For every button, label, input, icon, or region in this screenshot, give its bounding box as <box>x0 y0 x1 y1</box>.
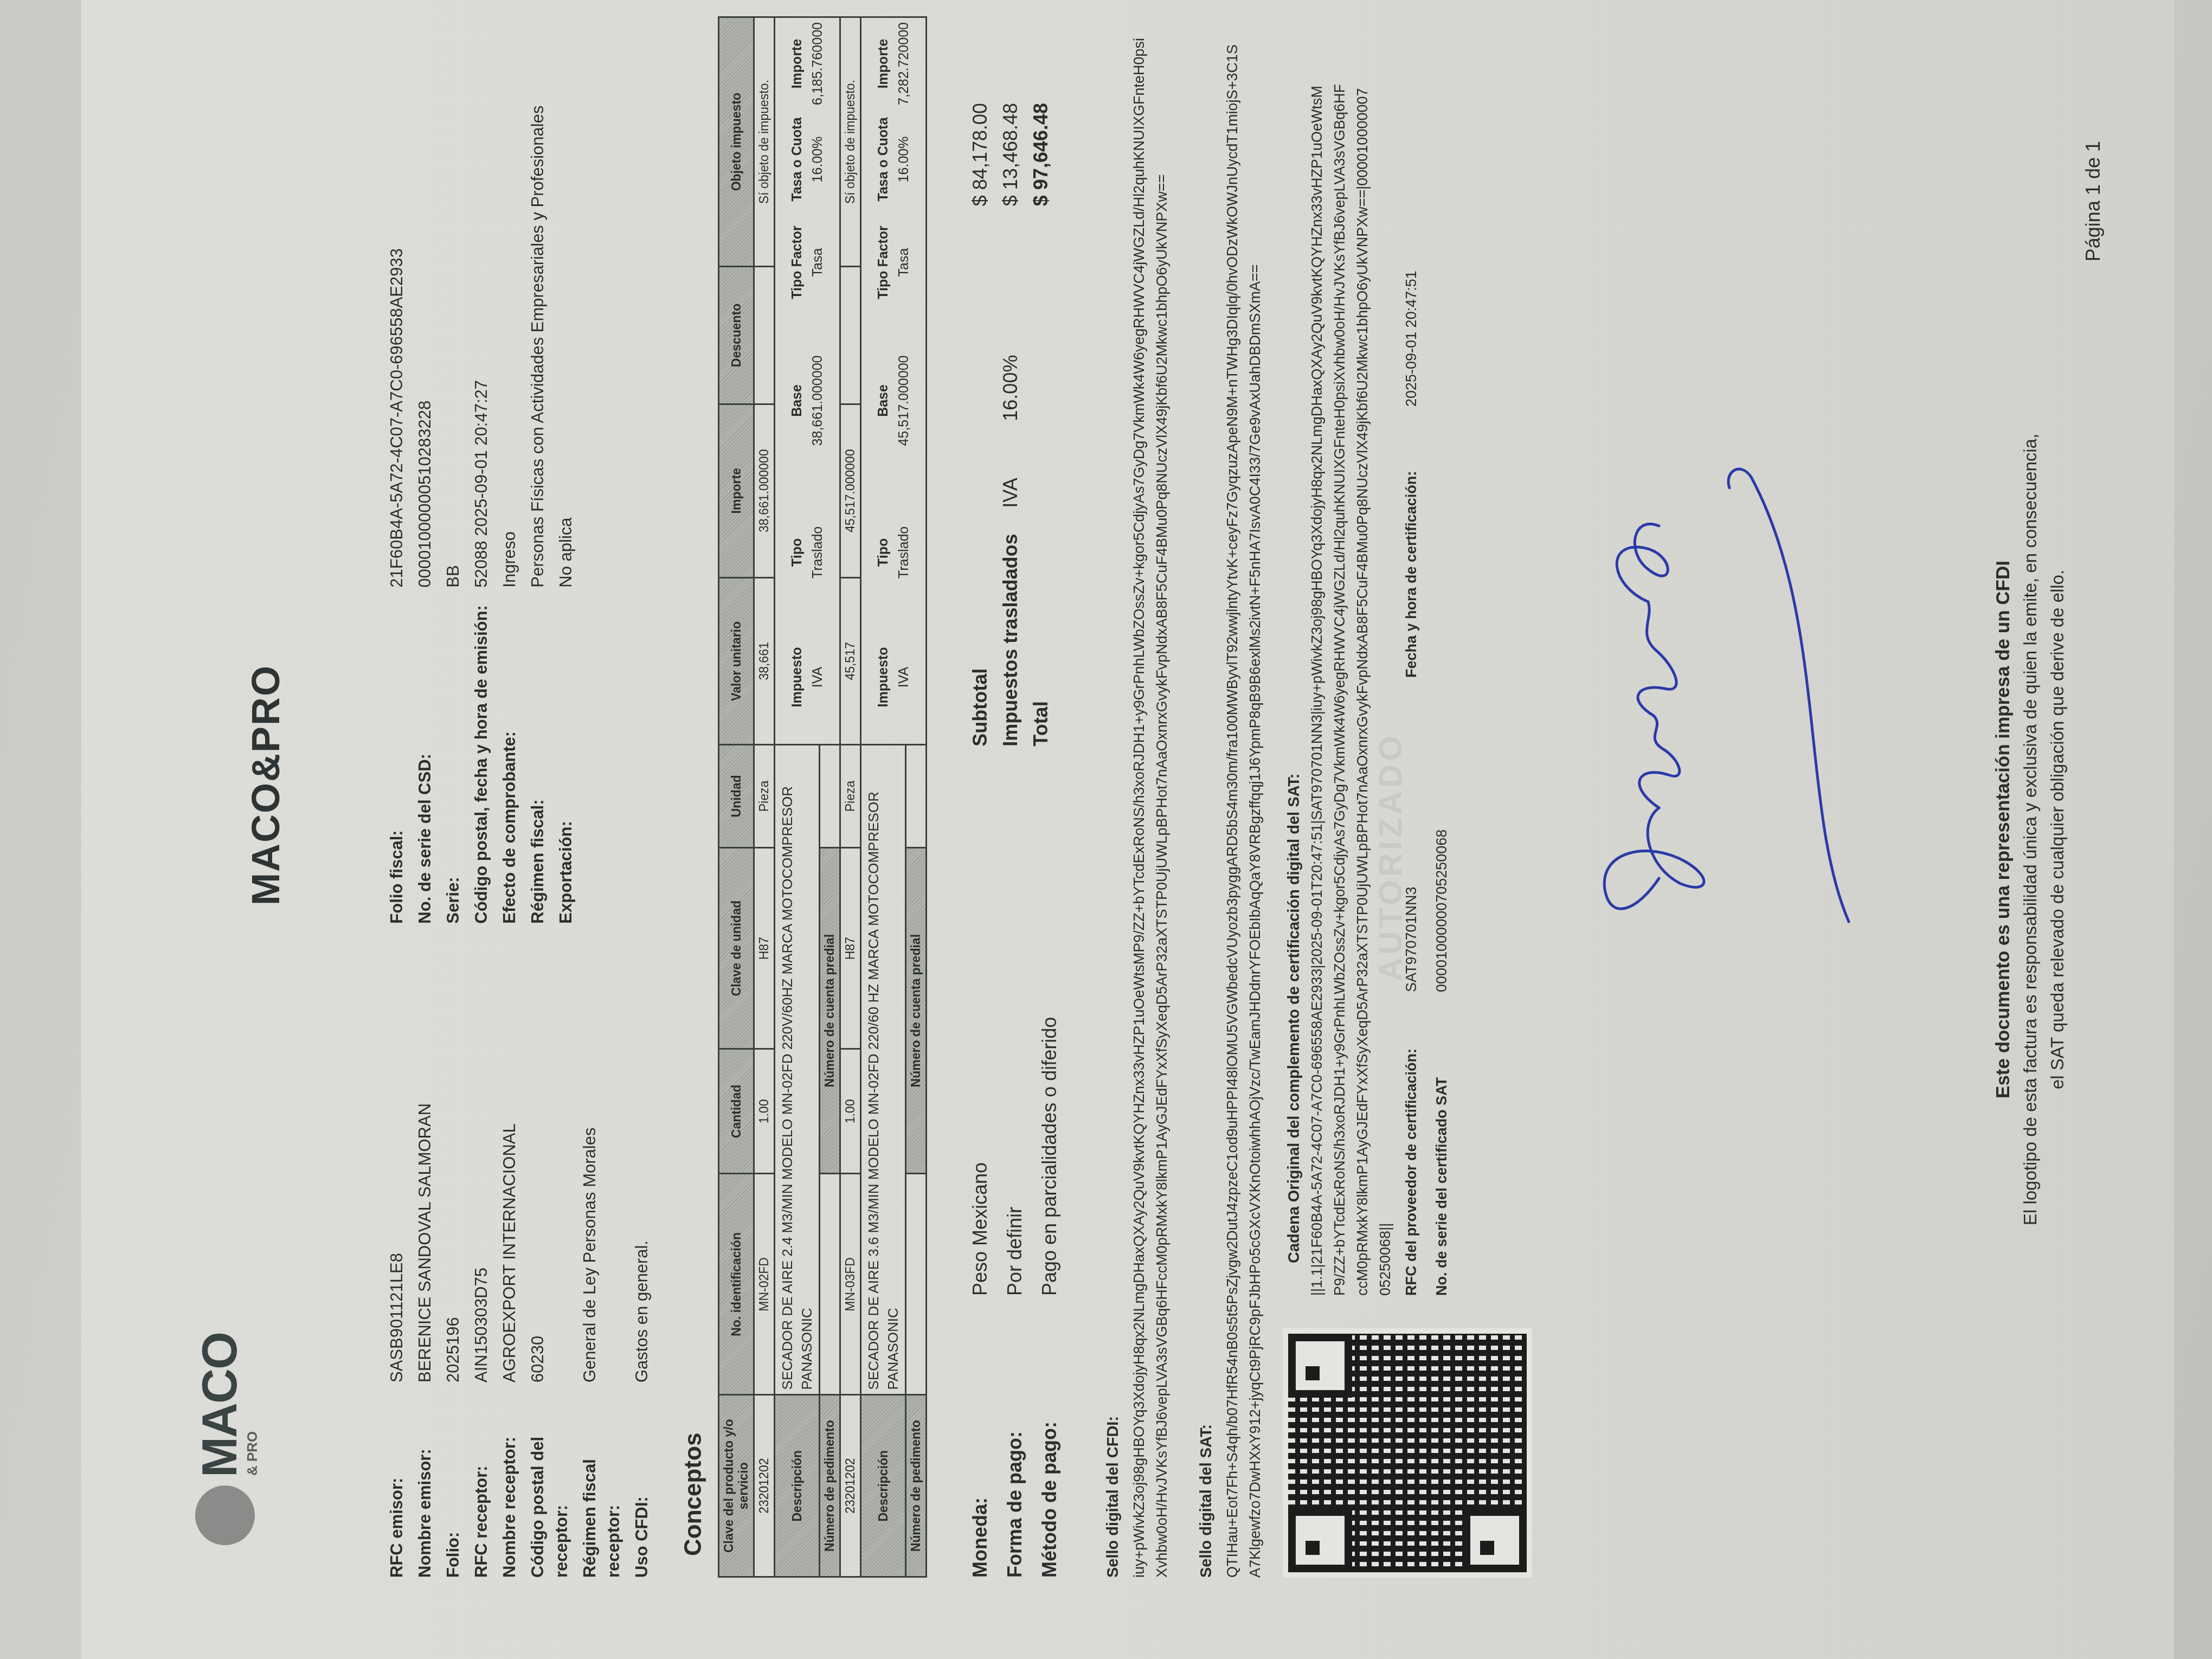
concept-cell: Pieza <box>840 744 861 847</box>
field-efecto: Efecto de comprobante:Ingreso <box>498 81 522 924</box>
concept-cell: H87 <box>840 847 861 1049</box>
field-serie-certificado-sat: No. de serie del certificado SAT 0000100… <box>1430 81 1453 1296</box>
concept-description-row: DescripciónSECADOR DE AIRE 3.6 M3/MIN MO… <box>861 17 906 1577</box>
field-regimen-fiscal: Régimen fiscal:Personas Físicas con Acti… <box>526 81 550 924</box>
totals-block: Subtotal$ 84,178.00 Impuestos trasladado… <box>965 81 1069 747</box>
concepts-header-row: Clave del producto y/o servicioNo. ident… <box>719 17 754 1577</box>
tax-grid: ImpuestoTipoBaseTipo FactorTasa o CuotaI… <box>787 22 828 740</box>
concept-cell: 23201202 <box>754 1395 775 1577</box>
column-header: Objeto impuesto <box>719 17 754 267</box>
field-regimen-receptor: Régimen fiscal receptor:General de Ley P… <box>578 924 626 1578</box>
field-rfc-receptor: RFC receptor:AIN150303D75 <box>470 924 493 1578</box>
tax-header: Tipo <box>873 490 893 615</box>
tax-header: Importe <box>873 22 893 105</box>
tax-header: Importe <box>787 22 807 105</box>
tax-header: Impuesto <box>873 615 893 740</box>
tax-detail: ImpuestoTipoBaseTipo FactorTasa o CuotaI… <box>775 17 840 745</box>
page-number: Página 1 de 1 <box>2082 141 2105 261</box>
subtotal-row: Subtotal$ 84,178.00 <box>965 81 995 747</box>
brand-title: MACO&PRO <box>244 665 288 905</box>
tax-header: Tipo Factor <box>873 214 893 311</box>
payment-section: Moneda:Peso Mexicano Forma de pago:Por d… <box>965 81 1069 1578</box>
field-nombre-emisor: Nombre emisor:BERENICE SANDOVAL SALMORAN <box>413 924 437 1578</box>
concept-cell: 45,517.000000 <box>840 404 861 577</box>
description-label: Descripción <box>861 1395 906 1577</box>
pedimento-value <box>906 1174 927 1395</box>
field-cp-receptor: Código postal del receptor:60230 <box>526 924 574 1578</box>
fiscal-block: Folio fiscal:21F60B4A-5A72-4C07-A7C0-696… <box>385 81 658 924</box>
column-header: Importe <box>719 404 754 577</box>
column-header: Cantidad <box>719 1049 754 1174</box>
tax-header: Tasa o Cuota <box>787 105 807 214</box>
logo-text: MACO <box>192 1333 248 1477</box>
concept-cell: 1.00 <box>754 1049 775 1174</box>
tax-header: Tipo <box>787 490 807 615</box>
description-value: SECADOR DE AIRE 2.4 M3/MIN MODELO MN-02F… <box>775 744 820 1394</box>
description-value: SECADOR DE AIRE 3.6 M3/MIN MODELO MN-02F… <box>861 744 906 1394</box>
total-row: Total$ 97,646.48 <box>1026 81 1056 747</box>
concept-cell: H87 <box>754 847 775 1049</box>
field-folio: Folio:2025196 <box>441 924 465 1578</box>
field-moneda: Moneda:Peso Mexicano <box>965 747 995 1578</box>
emisor-receptor-block: RFC emisor:SASB901121LE8 Nombre emisor:B… <box>385 924 658 1578</box>
invoice-header: MACO & PRO MACO&PRO <box>146 81 352 1578</box>
tax-value: 6,185.760000 <box>807 22 828 105</box>
tax-value: 45,517.000000 <box>893 311 914 490</box>
tax-header: Impuesto <box>787 615 807 740</box>
tax-value: Tasa <box>893 214 914 311</box>
tax-value: 16.00% <box>807 105 828 214</box>
pedimento-label: Número de pedimento <box>906 1395 927 1577</box>
concepts-title: Conceptos <box>680 81 707 1556</box>
pedimento-value <box>820 1174 840 1395</box>
field-nombre-receptor: Nombre receptor:AGROEXPORT INTERNACIONAL <box>498 924 522 1578</box>
invoice-page: MACO & PRO MACO&PRO RFC emisor:SASB90112… <box>81 0 2174 1659</box>
tax-value: 38,661.000000 <box>807 311 828 490</box>
concept-cell <box>840 267 861 404</box>
sello-cfdi-value: iuy+pWivkZ3oj98gHBOYq3XdojyH8qx2NLmgDHax… <box>1128 38 1173 1578</box>
tax-row: Impuestos trasladadosIVA16.00%$ 13,468.4… <box>995 81 1026 747</box>
column-header: No. identificación <box>719 1174 754 1395</box>
column-header: Valor unitario <box>719 577 754 744</box>
tax-value: Traslado <box>893 490 914 615</box>
concept-cell <box>754 267 775 404</box>
tax-grid: ImpuestoTipoBaseTipo FactorTasa o CuotaI… <box>873 22 914 740</box>
invoice-info: RFC emisor:SASB901121LE8 Nombre emisor:B… <box>385 81 658 1578</box>
field-uso-cfdi: Uso CFDI:Gastos en general. <box>630 924 654 1578</box>
tax-value: Traslado <box>807 490 828 615</box>
sello-sat: Sello digital del SAT: QTIHau+Eot7Fh+S4q… <box>1195 81 1266 1578</box>
tax-value: 7,282.720000 <box>893 22 914 105</box>
field-cp-fecha-emision: Código postal, fecha y hora de emisión:5… <box>470 81 493 924</box>
concepts-table: Clave del producto y/o servicioNo. ident… <box>718 16 927 1578</box>
concept-cell: MN-03FD <box>840 1174 861 1395</box>
predial-value <box>820 744 840 847</box>
sello-sat-value: QTIHau+Eot7Fh+S4qh/b07HfR54nB0s5t5PsZjvg… <box>1221 38 1266 1578</box>
field-metodo-pago: Método de pago:Pago en parcialidades o d… <box>1034 747 1065 1578</box>
column-header: Clave del producto y/o servicio <box>719 1395 754 1577</box>
concept-row: 23201202MN-03FD1.00H87Pieza45,51745,517.… <box>840 17 861 1577</box>
tax-detail: ImpuestoTipoBaseTipo FactorTasa o CuotaI… <box>861 17 927 745</box>
concept-cell: Pieza <box>754 744 775 847</box>
payment-info: Moneda:Peso Mexicano Forma de pago:Por d… <box>965 747 1069 1578</box>
field-folio-fiscal: Folio fiscal:21F60B4A-5A72-4C07-A7C0-696… <box>385 81 409 924</box>
concept-cell: 38,661 <box>754 577 775 744</box>
tax-header: Base <box>787 311 807 490</box>
field-exportacion: Exportación:No aplica <box>554 81 578 924</box>
predial-value <box>906 744 927 847</box>
concept-cell: 45,517 <box>840 577 861 744</box>
column-header: Clave de unidad <box>719 847 754 1049</box>
tax-value: IVA <box>807 615 828 740</box>
concept-row: 23201202MN-02FD1.00H87Pieza38,66138,661.… <box>754 17 775 1577</box>
concept-cell: Sí objeto de impuesto. <box>840 17 861 267</box>
company-logo: MACO & PRO <box>190 1317 271 1545</box>
concept-cell: MN-02FD <box>754 1174 775 1395</box>
column-header: Unidad <box>719 744 754 847</box>
sello-cfdi: Sello digital del CFDI: iuy+pWivkZ3oj98g… <box>1102 81 1173 1578</box>
field-serie-csd: No. de serie del CSD:0000100000051028322… <box>413 81 437 924</box>
wrench-icon <box>195 1486 255 1545</box>
tax-header: Base <box>873 311 893 490</box>
tax-value: 16.00% <box>893 105 914 214</box>
certification-info: Cadena Original del complemento de certi… <box>1283 81 1532 1296</box>
predial-label: Número de cuenta predial <box>906 847 927 1173</box>
field-forma-pago: Forma de pago:Por definir <box>1000 747 1030 1578</box>
tax-value: IVA <box>893 615 914 740</box>
description-label: Descripción <box>775 1395 820 1577</box>
field-rfc-emisor: RFC emisor:SASB901121LE8 <box>385 924 409 1578</box>
qr-code <box>1283 1328 1532 1578</box>
concept-cell: 1.00 <box>840 1049 861 1174</box>
predial-label: Número de cuenta predial <box>820 847 840 1173</box>
tax-header: Tasa o Cuota <box>873 105 893 214</box>
tax-value: Tasa <box>807 214 828 311</box>
watermark: AUTORIZADO <box>1372 732 1409 981</box>
concept-description-row: DescripciónSECADOR DE AIRE 2.4 M3/MIN MO… <box>775 17 820 1577</box>
footer: Este documento es una representación imp… <box>1990 0 2071 1659</box>
signature <box>1545 455 1925 943</box>
concept-cell: 38,661.000000 <box>754 404 775 577</box>
field-serie: Serie:BB <box>441 81 465 924</box>
concept-cell: Sí objeto de impuesto. <box>754 17 775 267</box>
cadena-original: ||1.1|21F60B4A-5A72-4C07-A7C0-696558AE29… <box>1306 81 1397 1296</box>
column-header: Descuento <box>719 267 754 404</box>
logo-subtext: & PRO <box>244 1431 261 1476</box>
field-rfc-proveedor: RFC del proveedor de certificación: SAT9… <box>1400 81 1423 1296</box>
tax-header: Tipo Factor <box>787 214 807 311</box>
pedimento-label: Número de pedimento <box>820 1395 840 1577</box>
concept-cell: 23201202 <box>840 1395 861 1577</box>
